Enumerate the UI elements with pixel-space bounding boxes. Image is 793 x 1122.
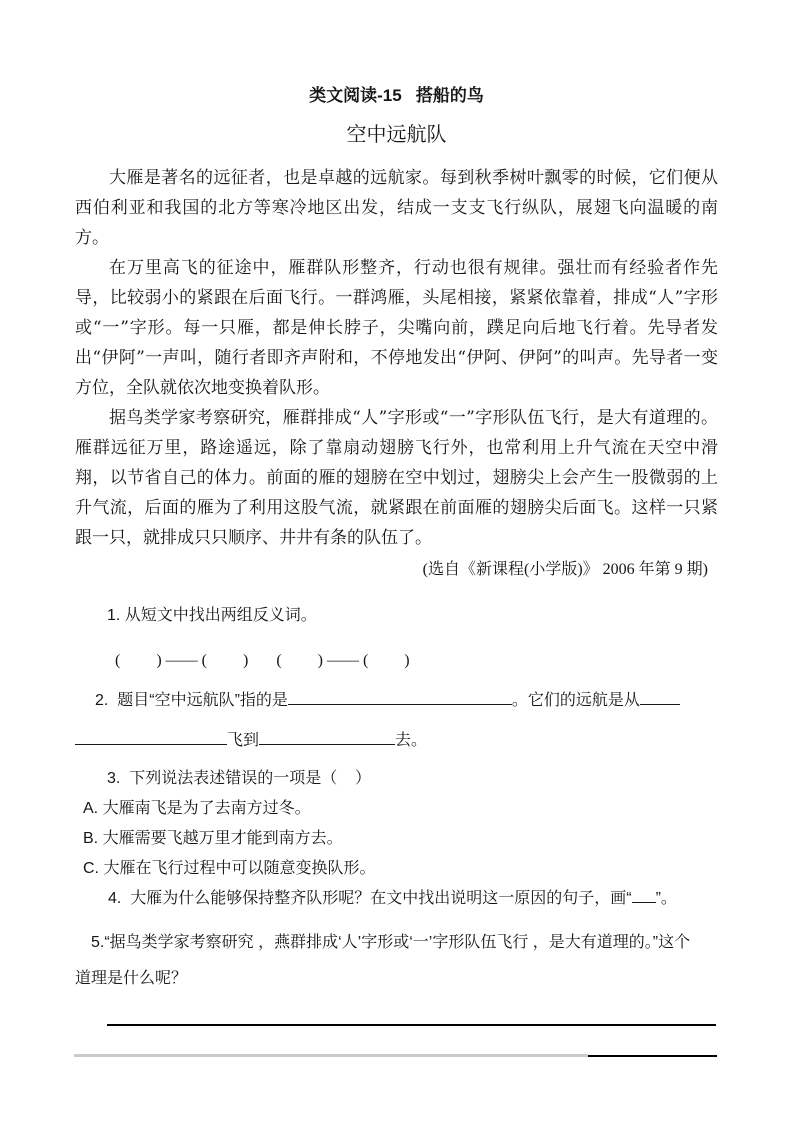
- worksheet-page: 类文阅读-15 搭船的鸟 空中远航队 大雁是著名的远征者，也是卓越的远航家。每到…: [0, 0, 793, 1122]
- question-3-option-a: A. 大雁南飞是为了去南方过冬。: [83, 798, 718, 820]
- passage-title: 空中远航队: [75, 124, 718, 147]
- q2-blank-4: [259, 731, 395, 745]
- passage-paragraph: 据鸟类学家考察研究，雁群排成“人”字形或“一”字形队伍飞行，是大有道理的。雁群远…: [75, 403, 718, 553]
- question-3-option-c: C. 大雁在飞行过程中可以随意变换队形。: [83, 858, 718, 880]
- question-2-text-4: 去。: [395, 732, 427, 749]
- question-2-text-3: 飞到: [227, 732, 259, 749]
- q2-blank-3: [75, 731, 227, 745]
- passage-paragraph: 在万里高飞的征途中，雁群队形整齐，行动也很有规律。强壮而有经验者作先导，比较弱小…: [75, 253, 718, 403]
- question-2-line1: 2. 题目“空中远航队”指的是。它们的远航是从: [95, 690, 718, 712]
- passage-paragraph: 大雁是著名的远征者，也是卓越的远航家。每到秋季树叶飘零的时候，它们便从西伯利亚和…: [75, 163, 718, 253]
- question-3: 3. 下列说法表述错误的一项是（ ）: [107, 768, 718, 790]
- question-1-answer-blanks: ( ) —— ( ) ( ) —— ( ): [115, 650, 718, 672]
- page-title: 类文阅读-15 搭船的鸟: [75, 0, 718, 106]
- question-5-line2: 道理是什么呢？: [75, 968, 718, 990]
- bottom-black-rule: [588, 1055, 717, 1057]
- question-5-line1: 5.“据鸟类学家考察研究 ，燕群排成‘人’字形或‘一’字形队伍飞行 ，是大有道理…: [91, 932, 718, 954]
- reading-passage: 大雁是著名的远征者，也是卓越的远航家。每到秋季树叶飘零的时候，它们便从西伯利亚和…: [75, 163, 718, 553]
- source-attribution: (选自《新课程(小学版)》 2006 年第 9 期): [75, 559, 708, 581]
- question-2-text-2: 。它们的远航是从: [512, 692, 640, 709]
- q2-blank-2: [640, 691, 680, 705]
- q4-inline-blank: [632, 889, 656, 903]
- answer-writing-line: [107, 1024, 716, 1026]
- q2-blank-1: [288, 691, 512, 705]
- bottom-rule-row: [74, 1054, 718, 1057]
- bottom-gray-rule: [74, 1054, 588, 1057]
- question-4-text-2: ”。: [656, 890, 677, 907]
- question-1: 1. 从短文中找出两组反义词。: [107, 605, 718, 627]
- question-2-line2: 飞到去。: [75, 730, 718, 752]
- question-4-text-1: 4. 大雁为什么能够保持整齐队形呢？在文中找出说明这一原因的句子，画“: [108, 890, 632, 907]
- question-2-text-1: 2. 题目“空中远航队”指的是: [95, 692, 288, 709]
- question-3-option-b: B. 大雁需要飞越万里才能到南方去。: [83, 828, 718, 850]
- question-4: 4. 大雁为什么能够保持整齐队形呢？在文中找出说明这一原因的句子，画“”。: [108, 888, 718, 910]
